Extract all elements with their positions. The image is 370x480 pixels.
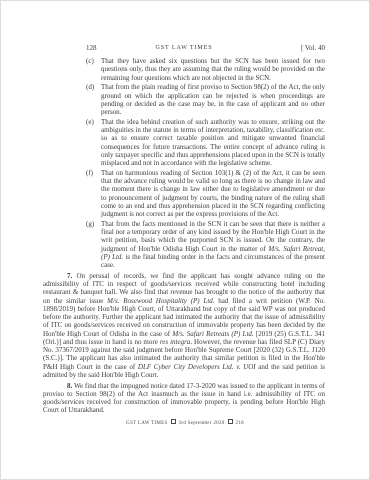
list-item-text: That from the plain reading of first pro… bbox=[101, 83, 325, 116]
header-volume: [ Vol. 40 bbox=[301, 44, 325, 52]
list-item: (g)That from the facts mentioned in the … bbox=[43, 220, 325, 270]
list-item: (e)That the idea behind creation of such… bbox=[43, 118, 325, 168]
paragraph-text: We find that the impugned notice dated 1… bbox=[43, 382, 325, 415]
numbered-paragraph: 8. We find that the impugned notice date… bbox=[43, 382, 325, 415]
case-name-italic: DLF Cyber City Developers Ltd. v. UOI bbox=[138, 363, 256, 371]
case-name-italic: res integra bbox=[160, 338, 191, 346]
numbered-paragraphs: 7. On perusal of records, we find the ap… bbox=[43, 272, 325, 415]
square-separator-icon bbox=[171, 419, 176, 424]
lettered-list: (c)That they have asked six questions bu… bbox=[43, 57, 325, 269]
document-page: GST LAW TIMES 128 [ Vol. 40 (c)That they… bbox=[0, 0, 370, 480]
list-item: (d)That from the plain reading of first … bbox=[43, 83, 325, 116]
footer-date: 3rd September 2020 bbox=[179, 421, 225, 426]
square-separator-icon bbox=[228, 419, 233, 424]
list-item-text: That on harmonious reading of Section 10… bbox=[101, 169, 325, 218]
list-item-label: (g) bbox=[86, 220, 94, 228]
list-item-label: (e) bbox=[86, 118, 94, 126]
list-item-label: (f) bbox=[86, 169, 93, 177]
list-item-label: (c) bbox=[86, 57, 94, 65]
page-footer: GST LAW TIMES3rd September 2020218 bbox=[1, 419, 369, 427]
list-item-text: That they have asked six questions but t… bbox=[101, 57, 325, 82]
list-item-label: (d) bbox=[86, 83, 94, 91]
list-item: (f)That on harmonious reading of Section… bbox=[43, 169, 325, 219]
footer-page-number: 218 bbox=[236, 421, 244, 426]
numbered-paragraph: 7. On perusal of records, we find the ap… bbox=[43, 272, 325, 379]
list-item: (c)That they have asked six questions bu… bbox=[43, 57, 325, 82]
footer-journal: GST LAW TIMES bbox=[126, 421, 168, 426]
list-item-text: That the idea behind creation of such au… bbox=[101, 118, 325, 167]
page-body: (c)That they have asked six questions bu… bbox=[43, 57, 325, 415]
case-name-italic: M/s. Rosewood Hospitality (P) Ltd. bbox=[107, 297, 214, 305]
header-page-number: 128 bbox=[86, 44, 97, 52]
page-header: GST LAW TIMES 128 [ Vol. 40 bbox=[43, 44, 325, 52]
case-name-italic: M/s. Safari Retreats (P) Ltd. bbox=[172, 330, 253, 338]
list-item-text: is the final binding order in the facts … bbox=[101, 253, 325, 269]
